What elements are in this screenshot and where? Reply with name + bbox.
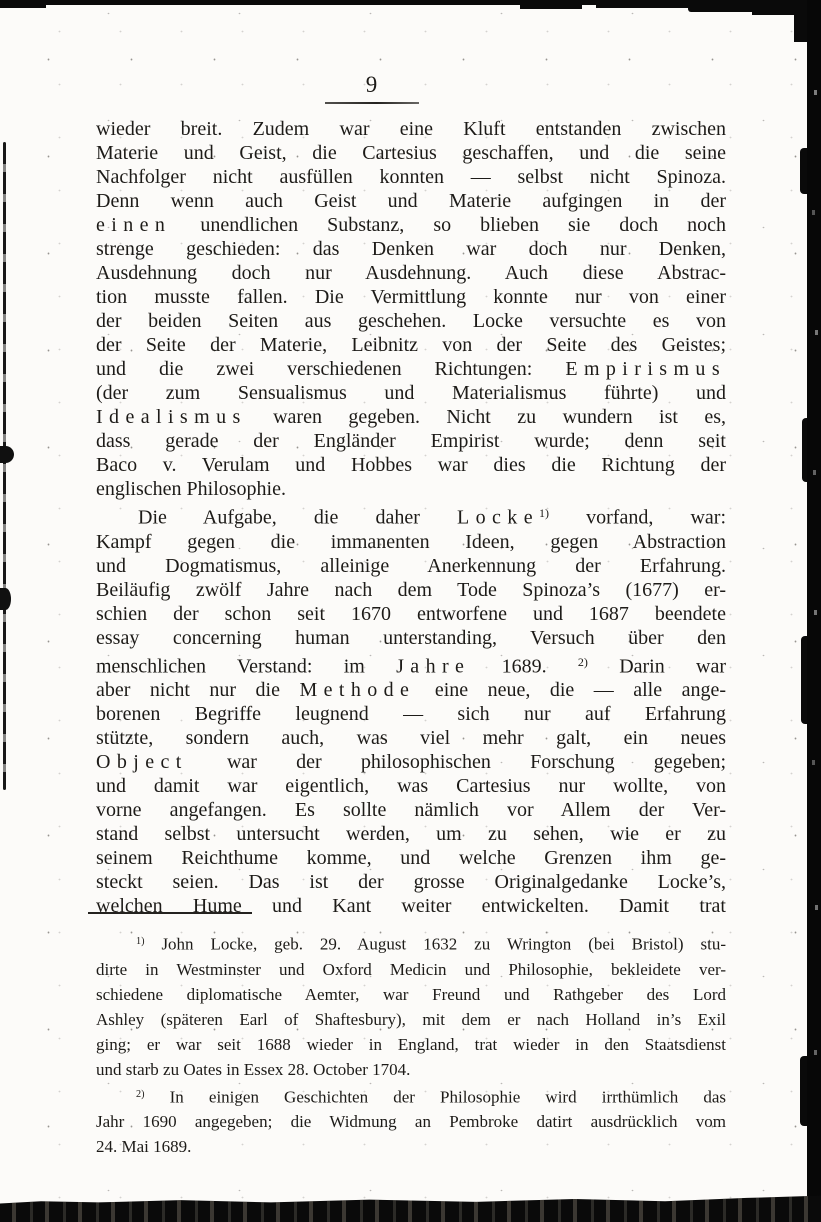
footnote-marker: 2) <box>136 1089 145 1100</box>
text-line: wieder breit. Zudem war eine Kluft entst… <box>96 117 726 141</box>
text-line: Beiläufig zwölf Jahre nach dem Tode Spin… <box>96 578 726 602</box>
footnote-marker: 2) <box>578 655 588 669</box>
footnotes: 1) John Locke, geb. 29. August 1632 zu W… <box>96 929 726 1159</box>
text-line: stützte, sondern auch, was viel mehr gal… <box>96 726 726 750</box>
text-segment: und die zwei verschiedenen Richtungen: <box>96 358 565 380</box>
text-line: menschlichen Verstand: im Jahre 1689. 2)… <box>96 650 726 679</box>
text-line: dirte in Westminster und Oxford Medicin … <box>96 957 726 982</box>
text-line: Denn wenn auch Geist und Materie aufging… <box>96 189 726 213</box>
text-line: Idealismus waren gegeben. Nicht zu wunde… <box>96 405 726 429</box>
text-line: dass gerade der Engländer Empirist wurde… <box>96 429 726 453</box>
text-segment: vorne angefangen. Es sollte nämlich vor … <box>96 799 726 821</box>
text-line: Die Aufgabe, die daher Locke1) vorfand, … <box>96 501 726 530</box>
text-segment: wieder breit. Zudem war eine Kluft entst… <box>96 118 726 140</box>
text-segment: und damit war eigentlich, was Cartesius … <box>96 775 726 797</box>
text-segment: Baco v. Verulam und Hobbes war dies die … <box>96 454 726 476</box>
text-line: Ausdehnung doch nur Ausdehnung. Auch die… <box>96 261 726 285</box>
text-segment: Locke <box>457 507 539 529</box>
text-segment: tion musste fallen. Die Vermittlung konn… <box>96 286 726 308</box>
text-segment: und starb zu Oates in Essex 28. October … <box>96 1060 410 1079</box>
text-segment: war der philosophischen Forschung gegebe… <box>188 751 726 773</box>
page-header: 9 <box>325 72 419 104</box>
text-segment: Beiläufig zwölf Jahre nach dem Tode Spin… <box>96 579 726 601</box>
text-segment: schiedene diplomatische Aemter, war Freu… <box>96 985 726 1004</box>
text-line: 2) In einigen Geschichten der Philosophi… <box>96 1082 726 1110</box>
scan-gutter-line <box>3 142 6 790</box>
text-line: stand selbst untersucht werden, um zu se… <box>96 822 726 846</box>
text-line: welchen Hume und Kant weiter entwickelte… <box>96 894 726 918</box>
page-number-rule <box>325 102 419 104</box>
scan-edge-specks <box>814 0 817 5</box>
text-segment: aber nicht nur die <box>96 679 299 701</box>
text-line: borenen Begriffe leugnend — sich nur auf… <box>96 702 726 726</box>
text-segment: Object <box>96 751 188 773</box>
text-segment: Jahr 1690 angegeben; die Widmung an Pemb… <box>96 1112 726 1131</box>
text-line: essay concerning human unterstanding, Ve… <box>96 626 726 650</box>
text-segment: menschlichen Verstand: im <box>96 655 396 677</box>
text-line: Materie und Geist, die Cartesius geschaf… <box>96 141 726 165</box>
text-segment: seinem Reichthume komme, und welche Gren… <box>96 847 726 869</box>
scan-edge-right-fragment <box>800 1056 807 1126</box>
text-line: Object war der philosophischen Forschung… <box>96 750 726 774</box>
text-segment: stützte, sondern auch, was viel mehr gal… <box>96 727 726 749</box>
text-segment: In einigen Geschichten der Philosophie w… <box>145 1087 727 1106</box>
text-line: tion musste fallen. Die Vermittlung konn… <box>96 285 726 309</box>
text-segment: Nachfolger nicht ausfüllen konnten — sel… <box>96 166 726 188</box>
text-line: Ashley (späteren Earl of Shaftesbury), m… <box>96 1007 726 1032</box>
text-line: 24. Mai 1689. <box>96 1134 726 1159</box>
text-line: und starb zu Oates in Essex 28. October … <box>96 1057 726 1082</box>
text-segment: Denn wenn auch Geist und Materie aufging… <box>96 190 726 212</box>
text-line: Kampf gegen die immanenten Ideen, gegen … <box>96 530 726 554</box>
text-segment: 24. Mai 1689. <box>96 1137 191 1156</box>
text-line: schien der schon seit 1670 entworfene un… <box>96 602 726 626</box>
text-line: steckt seien. Das ist der grosse Origina… <box>96 870 726 894</box>
text-line: der Seite der Materie, Leibnitz von der … <box>96 333 726 357</box>
text-line: vorne angefangen. Es sollte nämlich vor … <box>96 798 726 822</box>
text-segment: schien der schon seit 1670 entworfene un… <box>96 603 726 625</box>
text-segment: Darin war <box>588 655 726 677</box>
scan-edge-right <box>807 0 821 1222</box>
text-segment: Ashley (späteren Earl of Shaftesbury), m… <box>96 1010 726 1029</box>
scan-edge-top-fragment <box>520 0 582 9</box>
text-segment: und Dogmatismus, alleinige Anerkennung d… <box>96 555 726 577</box>
paragraph: Die Aufgabe, die daher Locke1) vorfand, … <box>96 501 726 918</box>
text-segment: essay concerning human unterstanding, Ve… <box>96 627 726 649</box>
text-segment: eine neue, die — alle ange- <box>415 679 726 701</box>
text-segment: der Seite der Materie, Leibnitz von der … <box>96 334 726 356</box>
text-segment: borenen Begriffe leugnend — sich nur auf… <box>96 703 726 725</box>
footnote-marker: 1) <box>539 506 549 520</box>
footnote-marker: 1) <box>136 936 145 947</box>
text-segment: stand selbst untersucht werden, um zu se… <box>96 823 726 845</box>
text-segment: Materie und Geist, die Cartesius geschaf… <box>96 142 726 164</box>
page-number: 9 <box>325 72 419 98</box>
footnote: 2) In einigen Geschichten der Philosophi… <box>96 1082 726 1160</box>
text-line: (der zum Sensualismus und Materialismus … <box>96 381 726 405</box>
scan-ink-blob <box>0 588 11 610</box>
text-line: einen unendlichen Substanz, so blieben s… <box>96 213 726 237</box>
text-segment: John Locke, geb. 29. August 1632 zu Wrin… <box>145 935 727 954</box>
text-line: ging; er war seit 1688 wieder in England… <box>96 1032 726 1057</box>
text-line: Nachfolger nicht ausfüllen konnten — sel… <box>96 165 726 189</box>
footnote: 1) John Locke, geb. 29. August 1632 zu W… <box>96 929 726 1082</box>
footnote-separator <box>88 912 252 914</box>
text-segment: Idealismus <box>96 406 247 428</box>
text-line: und damit war eigentlich, was Cartesius … <box>96 774 726 798</box>
text-segment: (der zum Sensualismus und Materialismus … <box>96 382 726 404</box>
text-segment: 1689. <box>470 655 578 677</box>
text-segment: strenge geschieden: das Denken war doch … <box>96 238 726 260</box>
text-segment: dirte in Westminster und Oxford Medicin … <box>96 960 726 979</box>
scanned-book-page: 9 wieder breit. Zudem war eine Kluft ent… <box>0 0 821 1222</box>
paragraph: wieder breit. Zudem war eine Kluft entst… <box>96 117 726 501</box>
text-segment: Kampf gegen die immanenten Ideen, gegen … <box>96 531 726 553</box>
text-segment: einen <box>96 214 171 236</box>
scan-edge-right-fragment <box>801 636 807 724</box>
text-line: und Dogmatismus, alleinige Anerkennung d… <box>96 554 726 578</box>
text-segment: unendlichen Substanz, so blieben sie doc… <box>171 214 726 236</box>
scan-edge-top-fragment <box>0 0 46 8</box>
text-line: und die zwei verschiedenen Richtungen: E… <box>96 357 726 381</box>
text-line: englischen Philosophie. <box>96 477 726 501</box>
text-line: Baco v. Verulam und Hobbes war dies die … <box>96 453 726 477</box>
text-segment: Die Aufgabe, die daher <box>138 507 457 529</box>
text-segment: steckt seien. Das ist der grosse Origina… <box>96 871 726 893</box>
scan-edge-right-fragment <box>800 148 807 194</box>
text-segment: vorfand, war: <box>549 507 726 529</box>
text-line: der beiden Seiten aus geschehen. Locke v… <box>96 309 726 333</box>
text-line: strenge geschieden: das Denken war doch … <box>96 237 726 261</box>
text-segment: Empirismus <box>565 358 726 380</box>
body-text: wieder breit. Zudem war eine Kluft entst… <box>96 117 726 918</box>
text-segment: englischen Philosophie. <box>96 478 286 500</box>
text-segment: dass gerade der Engländer Empirist wurde… <box>96 430 726 452</box>
text-line: seinem Reichthume komme, und welche Gren… <box>96 846 726 870</box>
text-segment: ging; er war seit 1688 wieder in England… <box>96 1035 726 1054</box>
text-segment: Jahre <box>396 655 470 677</box>
text-line: schiedene diplomatische Aemter, war Freu… <box>96 982 726 1007</box>
text-segment: Ausdehnung doch nur Ausdehnung. Auch die… <box>96 262 726 284</box>
scan-ink-blob <box>0 446 14 463</box>
text-segment: der beiden Seiten aus geschehen. Locke v… <box>96 310 726 332</box>
scan-edge-right-fragment <box>802 418 807 482</box>
text-line: 1) John Locke, geb. 29. August 1632 zu W… <box>96 929 726 957</box>
scan-edge-bottom <box>0 1194 821 1222</box>
text-segment: Methode <box>299 679 415 701</box>
text-line: aber nicht nur die Methode eine neue, di… <box>96 678 726 702</box>
text-line: Jahr 1690 angegeben; die Widmung an Pemb… <box>96 1109 726 1134</box>
text-segment: waren gegeben. Nicht zu wundern ist es, <box>247 406 726 428</box>
scan-edge-right-fragment <box>794 0 807 42</box>
